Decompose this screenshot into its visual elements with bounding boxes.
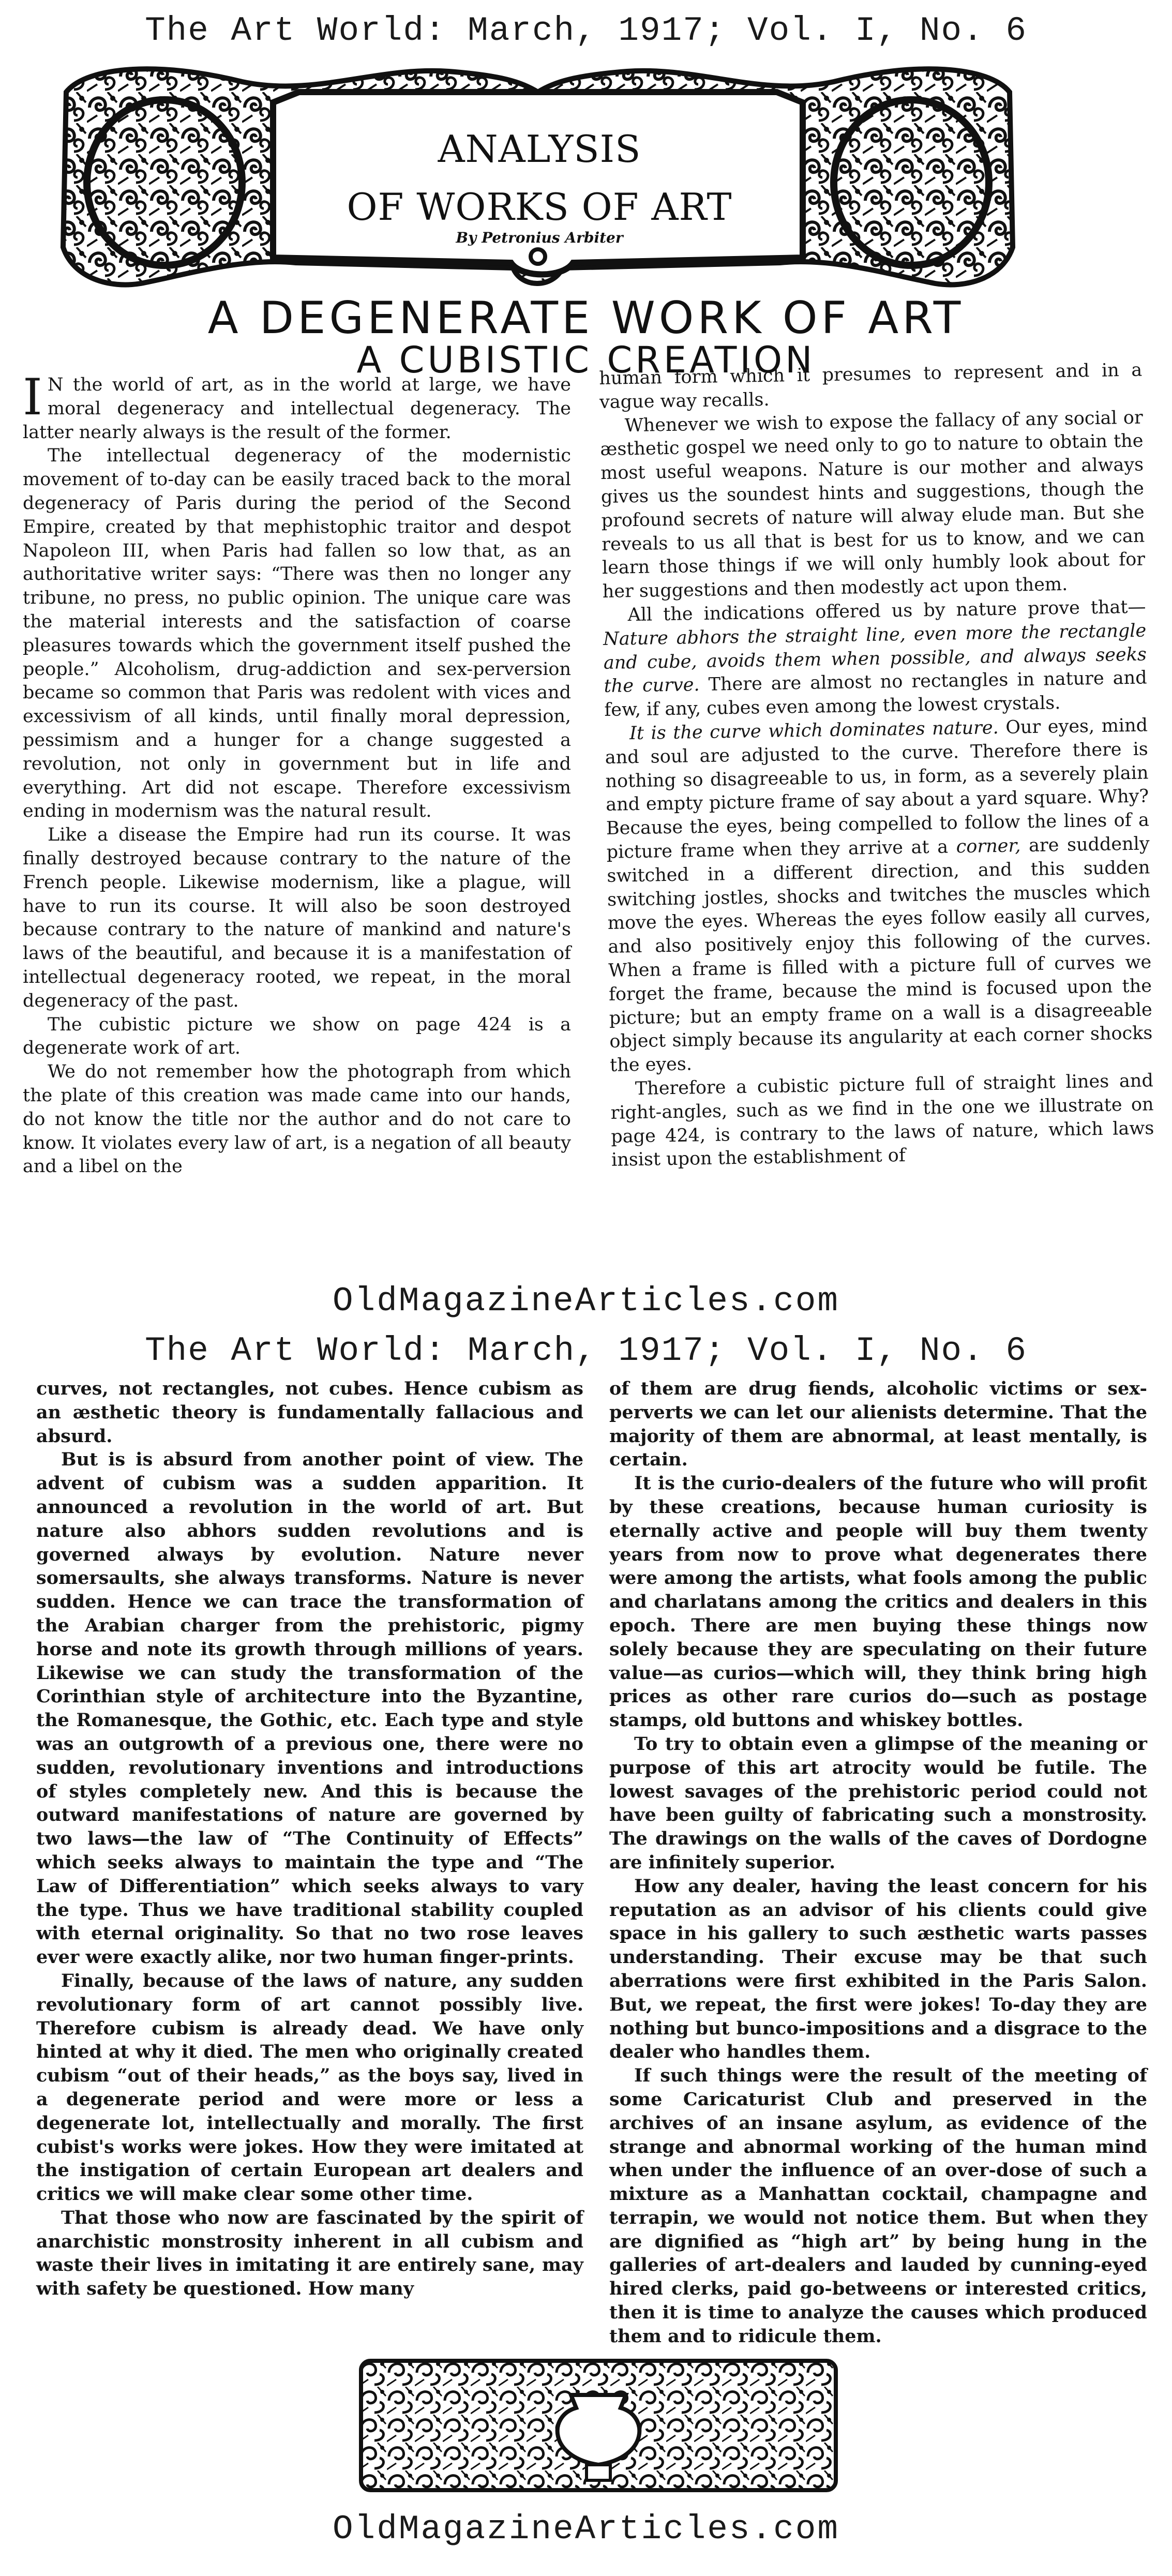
paragraph: The intellectual degeneracy of the moder… (23, 444, 571, 823)
paragraph: Like a disease the Empire had run its co… (23, 823, 571, 1013)
page2-left-column: curves, not rectangles, not cubes. Hence… (36, 1377, 583, 2301)
emphasis: It is the curve which dominates nature. (629, 717, 999, 744)
paragraph: If such things were the result of the me… (609, 2064, 1147, 2348)
page-header-second: The Art World: March, 1917; Vol. I, No. … (0, 1331, 1172, 1370)
paragraph: Whenever we wish to expose the fallacy o… (599, 406, 1146, 604)
paragraph: Finally, because of the laws of nature, … (36, 1969, 583, 2206)
paragraph: human form which it presumes to represen… (599, 359, 1143, 415)
page-header-top: The Art World: March, 1917; Vol. I, No. … (0, 11, 1172, 50)
paragraph: curves, not rectangles, not cubes. Hence… (36, 1377, 583, 1448)
paragraph: of them are drug fiends, alcoholic victi… (609, 1377, 1147, 1472)
paragraph: The cubistic picture we show on page 424… (23, 1013, 571, 1061)
drop-cap: I (23, 376, 42, 419)
paragraph: That those who now are fascinated by the… (36, 2206, 583, 2301)
watermark-middle: OldMagazineArticles.com (0, 1282, 1172, 1321)
paragraph: All the indications offered us by nature… (603, 595, 1147, 722)
footer-ornament (359, 2359, 838, 2498)
paragraph: It is the curve which dominates nature. … (605, 714, 1153, 1077)
paragraph: But is is absurd from another point of v… (36, 1448, 583, 1969)
page2-right-column: of them are drug fiends, alcoholic victi… (609, 1377, 1147, 2348)
paragraph: It is the curio-dealers of the future wh… (609, 1472, 1147, 1732)
ornamental-banner: ANALYSIS OF WORKS OF ART By Petronius Ar… (56, 61, 1020, 294)
paragraph: To try to obtain even a glimpse of the m… (609, 1732, 1147, 1875)
emphasis: corner, (956, 835, 1020, 857)
urn-ornament-icon (359, 2359, 838, 2498)
section-title-line1: ANALYSIS (299, 130, 780, 168)
article-headline: A DEGENERATE WORK OF ART (0, 292, 1172, 344)
paragraph: How any dealer, having the least concern… (609, 1875, 1147, 2064)
banner-panel: ANALYSIS OF WORKS OF ART By Petronius Ar… (299, 110, 780, 265)
section-title-line2: OF WORKS OF ART (299, 188, 780, 226)
paragraph: Therefore a cubistic picture full of str… (610, 1069, 1155, 1173)
byline: By Petronius Arbiter (299, 229, 780, 246)
paragraph: We do not remember how the photograph fr… (23, 1060, 571, 1179)
page1-left-column: IN the world of art, as in the world at … (23, 373, 571, 1179)
watermark-bottom: OldMagazineArticles.com (0, 2510, 1172, 2549)
page1-right-column: human form which it presumes to represen… (599, 359, 1154, 1173)
paragraph: IN the world of art, as in the world at … (23, 373, 571, 444)
